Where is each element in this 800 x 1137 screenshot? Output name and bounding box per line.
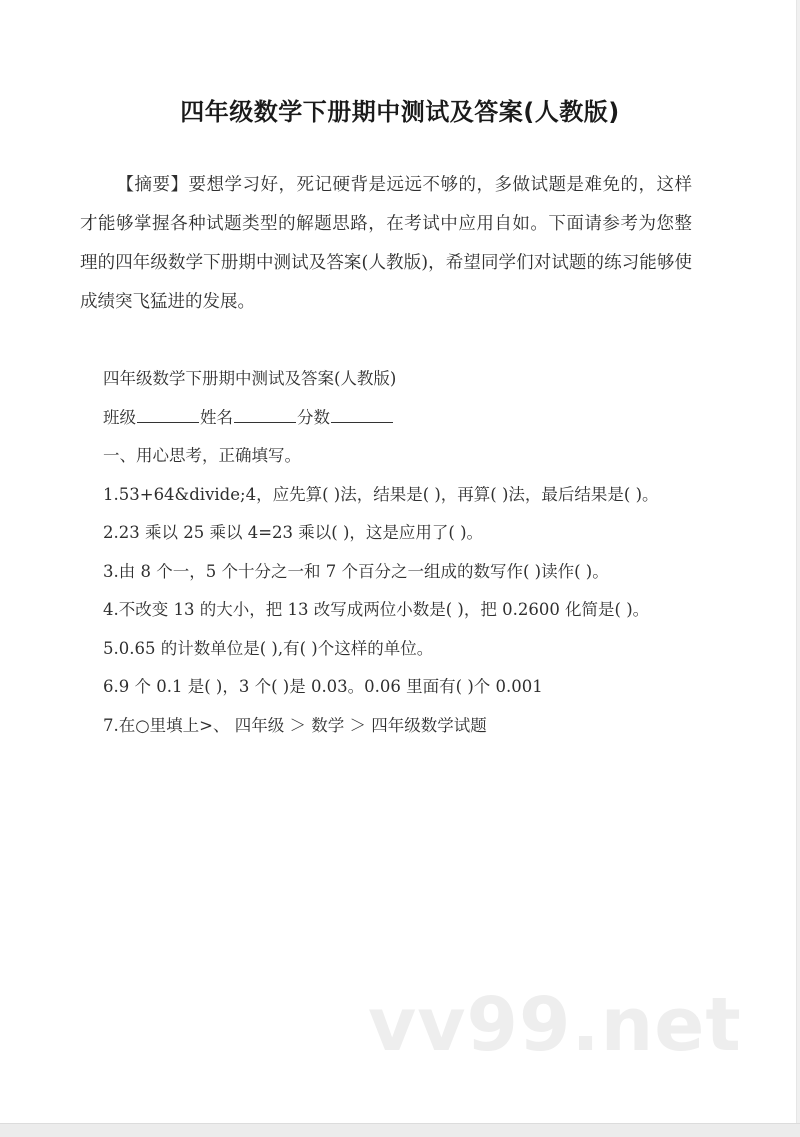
student-info-fields: 班级姓名分数 (103, 399, 723, 438)
class-label: 班级 (103, 408, 136, 427)
question-2: 2.23 乘以 25 乘以 4=23 乘以( )，这是应用了( )。 (103, 514, 723, 553)
document-title: 四年级数学下册期中测试及答案(人教版) (0, 92, 800, 127)
abstract-label: 【摘要】 (116, 175, 189, 195)
document-page: 四年级数学下册期中测试及答案(人教版) 【摘要】要想学习好，死记硬背是远远不够的… (0, 0, 797, 1123)
question-6: 6.9 个 0.1 是( )，3 个( )是 0.03。0.06 里面有( )个… (103, 668, 723, 707)
name-blank (234, 408, 296, 423)
test-body: 四年级数学下册期中测试及答案(人教版) 班级姓名分数 一、用心思考，正确填写。 … (103, 360, 723, 745)
section-heading: 一、用心思考，正确填写。 (103, 437, 723, 476)
question-5: 5.0.65 的计数单位是( ),有( )个这样的单位。 (103, 630, 723, 669)
question-1: 1.53+64&divide;4，应先算( )法，结果是( )，再算( )法，最… (103, 476, 723, 515)
abstract-text: 要想学习好，死记硬背是远远不够的，多做试题是难免的，这样才能够掌握各种试题类型的… (80, 175, 692, 312)
test-header: 四年级数学下册期中测试及答案(人教版) (103, 360, 723, 399)
question-7-breadcrumb: 7.在○里填上>、 四年级 ＞ 数学 ＞ 四年级数学试题 (103, 707, 723, 746)
abstract-paragraph: 【摘要】要想学习好，死记硬背是远远不够的，多做试题是难免的，这样才能够掌握各种试… (80, 166, 692, 322)
watermark: vv99.net (368, 988, 742, 1062)
name-label: 姓名 (200, 408, 233, 427)
class-blank (137, 408, 199, 423)
question-4: 4.不改变 13 的大小，把 13 改写成两位小数是( )，把 0.2600 化… (103, 591, 723, 630)
score-blank (331, 408, 393, 423)
score-label: 分数 (297, 408, 330, 427)
question-3: 3.由 8 个一，5 个十分之一和 7 个百分之一组成的数写作( )读作( )。 (103, 553, 723, 592)
page-bottom-band (0, 1123, 800, 1137)
